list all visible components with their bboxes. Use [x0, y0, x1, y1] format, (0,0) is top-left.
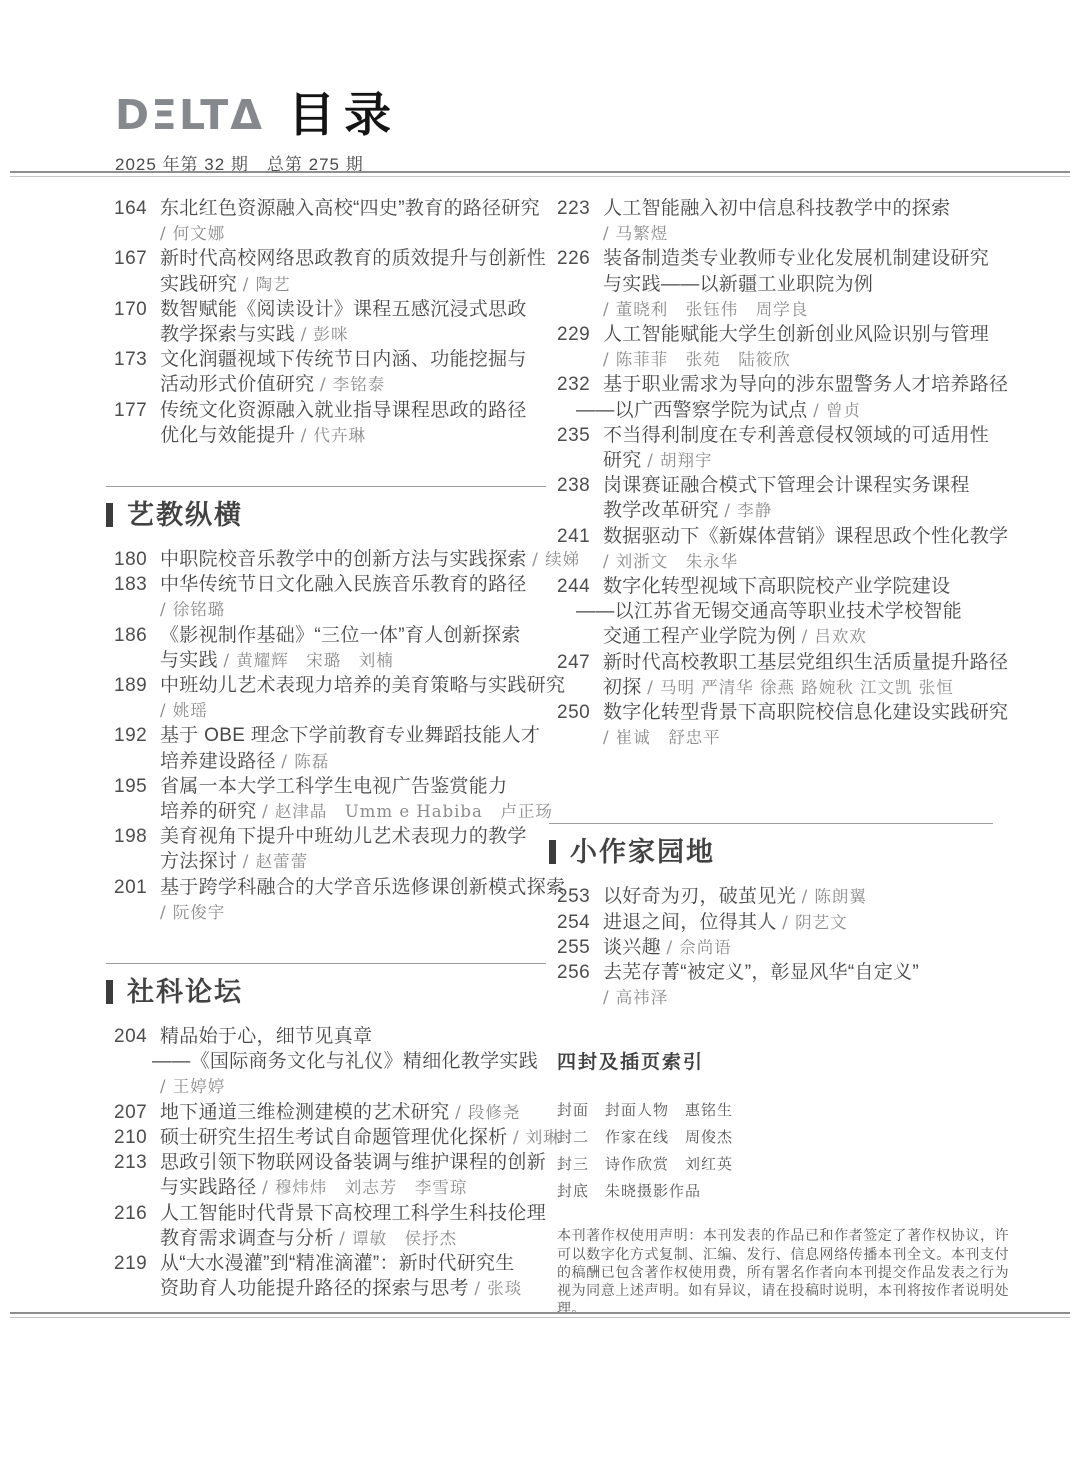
entry-line: 思政引领下物联网设备装调与维护课程的创新	[160, 1150, 546, 1175]
entry-line: ——以江苏省无锡交通高等职业技术学校智能	[576, 599, 993, 624]
delta-logo: DΞLTΔ	[115, 95, 264, 136]
entry-page-number: 195	[114, 774, 160, 799]
entry-title-text: 数智赋能《阅读设计》课程五感沉浸式思政	[160, 299, 527, 320]
entry-line: 教育需求调查与分析 / 谭敏 侯抒杰	[160, 1226, 546, 1251]
entry-authors: / 穆炜炜 刘志芳 李雪琼	[262, 1178, 467, 1197]
entry-title-text: 基于职业需求为导向的涉东盟警务人才培养路径	[603, 374, 1008, 395]
entry-lines: 数据驱动下《新媒体营销》课程思政个性化教学/ 刘浙文 朱永华	[603, 524, 993, 574]
entry-line: 谈兴趣 / 佘尚语	[603, 935, 993, 960]
toc-entry: 210硕士研究生招生考试自命题管理优化探析 / 刘琳	[114, 1125, 546, 1150]
entry-page-number: 167	[114, 246, 160, 271]
entry-authors: / 胡翔宇	[647, 451, 712, 470]
entry-authors: / 彭咪	[301, 325, 349, 344]
entry-authors: / 马明 严清华 徐燕 路婉秋 江文凯 张恒	[647, 678, 954, 697]
entry-title-text: ——《国际商务文化与礼仪》精细化教学实践	[152, 1051, 538, 1072]
entry-line: 培养建设路径 / 陈磊	[160, 749, 546, 774]
entry-line: 优化与效能提升 / 代卉琳	[160, 423, 546, 448]
entry-line: 精品始于心，细节见真章	[160, 1024, 546, 1049]
entry-page-number: 232	[557, 372, 603, 397]
entry-lines: 去芜存菁“被定义”，彰显风华“自定义”/ 高祎泽	[603, 960, 993, 1010]
entry-line: 中华传统节日文化融入民族音乐教育的路径	[160, 572, 546, 597]
entry-title-text: 不当得利制度在专利善意侵权领域的可适用性	[603, 425, 989, 446]
entry-lines: 新时代高校教职工基层党组织生活质量提升路径初探 / 马明 严清华 徐燕 路婉秋 …	[603, 650, 993, 700]
entry-line: 教学探索与实践 / 彭咪	[160, 322, 546, 347]
toc-section-continued: 223人工智能融入初中信息科技教学中的探索/ 马繁煜226装备制造类专业教师专业…	[557, 196, 993, 750]
entry-authors: / 陈菲菲 张苑 陆筱欣	[603, 350, 791, 369]
copyright-notice: 本刊著作权使用声明：本刊发表的作品已和作者签定了著作权协议，许可以数字化方式复制…	[557, 1227, 1009, 1318]
entry-page-number: 189	[114, 673, 160, 698]
toc-entry: 164东北红色资源融入高校“四史”教育的路径研究/ 何文娜	[114, 196, 546, 246]
entry-page-number: 247	[557, 650, 603, 675]
entry-title-text: 方法探讨	[160, 851, 243, 872]
entry-title-text: 基于 OBE 理念下学前教育专业舞蹈技能人才	[160, 725, 540, 746]
cover-index-item: 封底 朱晓摄影作品	[557, 1178, 993, 1205]
entry-lines: 不当得利制度在专利善意侵权领域的可适用性研究 / 胡翔宇	[603, 423, 993, 473]
entry-authors: / 佘尚语	[666, 938, 731, 957]
entry-title-text: 思政引领下物联网设备装调与维护课程的创新	[160, 1152, 546, 1173]
cover-index-item: 封三 诗作欣赏 刘红英	[557, 1151, 993, 1178]
entry-line: 方法探讨 / 赵蕾蕾	[160, 849, 546, 874]
entry-page-number: 210	[114, 1125, 160, 1150]
toc-entry: 177传统文化资源融入就业指导课程思政的路径优化与效能提升 / 代卉琳	[114, 398, 546, 448]
entry-authors: / 张琰	[474, 1279, 522, 1298]
toc-section: 小作家园地253以好奇为刃，破茧见光 / 陈朗翼254进退之间，位得其人 / 阴…	[557, 823, 993, 1010]
toc-entry: 198美育视角下提升中班幼儿艺术表现力的教学方法探讨 / 赵蕾蕾	[114, 824, 546, 874]
toc-entry: 241数据驱动下《新媒体营销》课程思政个性化教学/ 刘浙文 朱永华	[557, 524, 993, 574]
toc-entry: 186《影视制作基础》“三位一体”育人创新探索与实践 / 黄耀辉 宋璐 刘楠	[114, 623, 546, 673]
entry-line: 与实践 / 黄耀辉 宋璐 刘楠	[160, 648, 546, 673]
section-title-text: 社科论坛	[127, 977, 243, 1007]
entry-line: 与实践——以新疆工业职院为例	[603, 272, 993, 297]
entry-title-text: 《影视制作基础》“三位一体”育人创新探索	[160, 625, 521, 646]
entry-title-text: 进退之间，位得其人	[603, 912, 782, 933]
section-title: 艺教纵横	[106, 500, 546, 530]
entry-line: / 刘浙文 朱永华	[603, 549, 993, 574]
entry-authors: / 李静	[724, 501, 772, 520]
entry-line: / 高祎泽	[603, 985, 993, 1010]
toc-entry: 216人工智能时代背景下高校理工科学生科技伦理教育需求调查与分析 / 谭敏 侯抒…	[114, 1201, 546, 1251]
entry-title-text: ——以江苏省无锡交通高等职业技术学校智能	[576, 601, 962, 622]
entry-page-number: 250	[557, 700, 603, 725]
toc-entry: 213思政引领下物联网设备装调与维护课程的创新与实践路径 / 穆炜炜 刘志芳 李…	[114, 1150, 546, 1200]
entry-line: 中班幼儿艺术表现力培养的美育策略与实践研究	[160, 673, 546, 698]
entry-title-text: 去芜存菁“被定义”，彰显风华“自定义”	[603, 962, 919, 983]
entry-title-text: 人工智能融入初中信息科技教学中的探索	[603, 198, 950, 219]
entry-line: 资助育人功能提升路径的探索与思考 / 张琰	[160, 1276, 546, 1301]
toc-entry: 256去芜存菁“被定义”，彰显风华“自定义”/ 高祎泽	[557, 960, 993, 1010]
entry-lines: 人工智能时代背景下高校理工科学生科技伦理教育需求调查与分析 / 谭敏 侯抒杰	[160, 1201, 546, 1251]
entry-title-text: 教学改革研究	[603, 500, 724, 521]
entry-lines: 基于跨学科融合的大学音乐选修课创新模式探索/ 阮俊宇	[160, 875, 546, 925]
toc-entry: 223人工智能融入初中信息科技教学中的探索/ 马繁煜	[557, 196, 993, 246]
toc-section-continued: 164东北红色资源融入高校“四史”教育的路径研究/ 何文娜167新时代高校网络思…	[114, 196, 546, 448]
entry-authors: / 马繁煜	[603, 224, 668, 243]
entry-line: / 姚瑶	[160, 698, 546, 723]
entry-line: 基于职业需求为导向的涉东盟警务人才培养路径	[603, 372, 993, 397]
entry-line: / 何文娜	[160, 221, 546, 246]
entry-lines: 以好奇为刃，破茧见光 / 陈朗翼	[603, 884, 993, 909]
entry-page-number: 253	[557, 884, 603, 909]
entry-line: 岗课赛证融合模式下管理会计课程实务课程	[603, 473, 993, 498]
bottom-divider	[10, 1312, 1070, 1318]
entry-authors: / 陈朗翼	[802, 887, 867, 906]
entry-title-text: 岗课赛证融合模式下管理会计课程实务课程	[603, 475, 970, 496]
entry-title-text: 精品始于心，细节见真章	[160, 1026, 372, 1047]
entry-lines: 省属一本大学工科学生电视广告鉴赏能力培养的研究 / 赵津晶 Umm e Habi…	[160, 774, 546, 824]
entry-page-number: 255	[557, 935, 603, 960]
toc-entry: 201基于跨学科融合的大学音乐选修课创新模式探索/ 阮俊宇	[114, 875, 546, 925]
entry-line: / 徐铭璐	[160, 597, 546, 622]
entry-authors: / 高祎泽	[603, 988, 668, 1007]
entry-page-number: 201	[114, 875, 160, 900]
entry-page-number: 254	[557, 910, 603, 935]
entry-title-text: 以好奇为刃，破茧见光	[603, 886, 802, 907]
entry-lines: 《影视制作基础》“三位一体”育人创新探索与实践 / 黄耀辉 宋璐 刘楠	[160, 623, 546, 673]
entry-line: 地下通道三维检测建模的艺术研究 / 段修尧	[160, 1100, 546, 1125]
entry-line: 人工智能融入初中信息科技教学中的探索	[603, 196, 993, 221]
entry-authors: / 何文娜	[160, 224, 225, 243]
entry-line: 数智赋能《阅读设计》课程五感沉浸式思政	[160, 297, 546, 322]
toc-entry: 195省属一本大学工科学生电视广告鉴赏能力培养的研究 / 赵津晶 Umm e H…	[114, 774, 546, 824]
entry-lines: 新时代高校网络思政教育的质效提升与创新性实践研究 / 陶艺	[160, 246, 546, 296]
section-divider	[106, 486, 546, 487]
entry-line: / 马繁煜	[603, 221, 993, 246]
entry-authors: / 崔诚 舒忠平	[603, 728, 721, 747]
entry-line: 研究 / 胡翔宇	[603, 448, 993, 473]
entry-line: 去芜存菁“被定义”，彰显风华“自定义”	[603, 960, 993, 985]
entry-title-text: 培养建设路径	[160, 751, 281, 772]
entry-authors: / 董晓利 张钰伟 周学良	[603, 300, 808, 319]
entry-title-text: 传统文化资源融入就业指导课程思政的路径	[160, 400, 527, 421]
entry-lines: 中班幼儿艺术表现力培养的美育策略与实践研究/ 姚瑶	[160, 673, 546, 723]
entry-title-text: 交通工程产业学院为例	[603, 626, 802, 647]
entry-title-text: 新时代高校教职工基层党组织生活质量提升路径	[603, 652, 1008, 673]
entry-line: 与实践路径 / 穆炜炜 刘志芳 李雪琼	[160, 1175, 546, 1200]
entry-lines: 从“大水漫灌”到“精准滴灌”：新时代研究生资助育人功能提升路径的探索与思考 / …	[160, 1251, 546, 1301]
toc-entry: 219从“大水漫灌”到“精准滴灌”：新时代研究生资助育人功能提升路径的探索与思考…	[114, 1251, 546, 1301]
entry-title-text: 教学探索与实践	[160, 324, 301, 345]
entry-lines: 装备制造类专业教师专业化发展机制建设研究与实践——以新疆工业职院为例/ 董晓利 …	[603, 246, 993, 322]
entry-line: 新时代高校网络思政教育的质效提升与创新性	[160, 246, 546, 271]
top-divider	[10, 171, 1070, 177]
toc-section: 社科论坛204精品始于心，细节见真章——《国际商务文化与礼仪》精细化教学实践/ …	[114, 963, 546, 1301]
entry-line: / 董晓利 张钰伟 周学良	[603, 297, 993, 322]
page-title: 目录	[288, 92, 400, 139]
entry-title-text: 与实践路径	[160, 1177, 262, 1198]
entry-title-text: 中职院校音乐教学中的创新方法与实践探索	[160, 549, 532, 570]
entry-line: ——以广西警察学院为试点 / 曾贞	[576, 398, 993, 423]
section-title-text: 艺教纵横	[127, 500, 243, 530]
entry-line: 基于跨学科融合的大学音乐选修课创新模式探索	[160, 875, 546, 900]
entry-line: 以好奇为刃，破茧见光 / 陈朗翼	[603, 884, 993, 909]
toc-column-left: 164东北红色资源融入高校“四史”教育的路径研究/ 何文娜167新时代高校网络思…	[114, 196, 546, 1301]
entry-lines: 文化润疆视域下传统节日内涵、功能挖掘与活动形式价值研究 / 李铭泰	[160, 347, 546, 397]
toc-entry: 192基于 OBE 理念下学前教育专业舞蹈技能人才培养建设路径 / 陈磊	[114, 723, 546, 773]
entry-page-number: 256	[557, 960, 603, 985]
entry-authors: / 王婷婷	[160, 1077, 225, 1096]
entry-authors: / 刘浙文 朱永华	[603, 552, 738, 571]
entry-title-text: 装备制造类专业教师专业化发展机制建设研究	[603, 248, 989, 269]
entry-line: 交通工程产业学院为例 / 吕欢欢	[603, 624, 993, 649]
entry-lines: 东北红色资源融入高校“四史”教育的路径研究/ 何文娜	[160, 196, 546, 246]
entry-line: 传统文化资源融入就业指导课程思政的路径	[160, 398, 546, 423]
entry-lines: 精品始于心，细节见真章——《国际商务文化与礼仪》精细化教学实践/ 王婷婷	[160, 1024, 546, 1100]
section-title: 社科论坛	[106, 977, 546, 1007]
toc-entry: 244数字化转型视域下高职院校产业学院建设——以江苏省无锡交通高等职业技术学校智…	[557, 574, 993, 650]
entry-lines: 人工智能融入初中信息科技教学中的探索/ 马繁煜	[603, 196, 993, 246]
toc-page: DΞLTΔ 目录 2025 年第 32 期 总第 275 期 164东北红色资源…	[0, 0, 1080, 1460]
entry-authors: / 徐铭璐	[160, 600, 225, 619]
entry-line: 进退之间，位得其人 / 阴艺文	[603, 910, 993, 935]
entry-line: 初探 / 马明 严清华 徐燕 路婉秋 江文凯 张恒	[603, 675, 993, 700]
entry-lines: 基于职业需求为导向的涉东盟警务人才培养路径——以广西警察学院为试点 / 曾贞	[603, 372, 993, 422]
entry-line: 新时代高校教职工基层党组织生活质量提升路径	[603, 650, 993, 675]
entry-lines: 基于 OBE 理念下学前教育专业舞蹈技能人才培养建设路径 / 陈磊	[160, 723, 546, 773]
toc-entry: 167新时代高校网络思政教育的质效提升与创新性实践研究 / 陶艺	[114, 246, 546, 296]
entry-title-text: 省属一本大学工科学生电视广告鉴赏能力	[160, 776, 507, 797]
entry-lines: 岗课赛证融合模式下管理会计课程实务课程教学改革研究 / 李静	[603, 473, 993, 523]
toc-entry: 170数智赋能《阅读设计》课程五感沉浸式思政教学探索与实践 / 彭咪	[114, 297, 546, 347]
entry-line: 人工智能时代背景下高校理工科学生科技伦理	[160, 1201, 546, 1226]
section-divider	[549, 823, 993, 824]
entry-title-text: 活动形式价值研究	[160, 374, 320, 395]
entry-line: 活动形式价值研究 / 李铭泰	[160, 372, 546, 397]
entry-line: 美育视角下提升中班幼儿艺术表现力的教学	[160, 824, 546, 849]
entry-page-number: 186	[114, 623, 160, 648]
entry-lines: 数智赋能《阅读设计》课程五感沉浸式思政教学探索与实践 / 彭咪	[160, 297, 546, 347]
entry-page-number: 207	[114, 1100, 160, 1125]
entry-title-text: 数字化转型视域下高职院校产业学院建设	[603, 576, 950, 597]
entry-line: 中职院校音乐教学中的创新方法与实践探索 / 续娣	[160, 547, 546, 572]
entry-authors: / 姚瑶	[160, 701, 208, 720]
section-bar-icon	[106, 503, 113, 527]
section-title: 小作家园地	[549, 837, 993, 867]
entry-line: 实践研究 / 陶艺	[160, 272, 546, 297]
entry-title-text: 数据驱动下《新媒体营销》课程思政个性化教学	[603, 526, 1008, 547]
entry-title-text: ——以广西警察学院为试点	[576, 400, 813, 421]
entry-title-text: 优化与效能提升	[160, 425, 301, 446]
entry-line: 数据驱动下《新媒体营销》课程思政个性化教学	[603, 524, 993, 549]
entry-lines: 传统文化资源融入就业指导课程思政的路径优化与效能提升 / 代卉琳	[160, 398, 546, 448]
cover-index-items: 封面 封面人物 惠铭生封二 作家在线 周俊杰封三 诗作欣赏 刘红英封底 朱晓摄影…	[557, 1097, 993, 1205]
toc-entry: 189中班幼儿艺术表现力培养的美育策略与实践研究/ 姚瑶	[114, 673, 546, 723]
entry-page-number: 177	[114, 398, 160, 423]
entry-title-text: 教育需求调查与分析	[160, 1228, 339, 1249]
entry-authors: / 阴艺文	[782, 913, 847, 932]
entry-page-number: 213	[114, 1150, 160, 1175]
toc-entry: 253以好奇为刃，破茧见光 / 陈朗翼	[557, 884, 993, 909]
entry-authors: / 刘琳	[513, 1128, 561, 1147]
section-divider	[106, 963, 546, 964]
entry-title-text: 硕士研究生招生考试自命题管理优化探析	[160, 1127, 513, 1148]
entry-page-number: 226	[557, 246, 603, 271]
entry-lines: 人工智能赋能大学生创新创业风险识别与管理/ 陈菲菲 张苑 陆筱欣	[603, 322, 993, 372]
entry-line: 培养的研究 / 赵津晶 Umm e Habiba 卢正玚	[160, 799, 546, 824]
toc-entry: 204精品始于心，细节见真章——《国际商务文化与礼仪》精细化教学实践/ 王婷婷	[114, 1024, 546, 1100]
entry-title-text: 与实践	[160, 650, 223, 671]
entry-line: 不当得利制度在专利善意侵权领域的可适用性	[603, 423, 993, 448]
entry-authors: / 李铭泰	[320, 375, 385, 394]
toc-section: 艺教纵横180中职院校音乐教学中的创新方法与实践探索 / 续娣183中华传统节日…	[114, 486, 546, 925]
entry-page-number: 180	[114, 547, 160, 572]
toc-column-right: 223人工智能融入初中信息科技教学中的探索/ 马繁煜226装备制造类专业教师专业…	[557, 196, 993, 1319]
entry-page-number: 219	[114, 1251, 160, 1276]
toc-entry: 247新时代高校教职工基层党组织生活质量提升路径初探 / 马明 严清华 徐燕 路…	[557, 650, 993, 700]
entry-title-text: 中华传统节日文化融入民族音乐教育的路径	[160, 574, 527, 595]
entry-line: 硕士研究生招生考试自命题管理优化探析 / 刘琳	[160, 1125, 546, 1150]
entry-title-text: 数字化转型背景下高职院校信息化建设实践研究	[603, 702, 1008, 723]
entry-page-number: 244	[557, 574, 603, 599]
toc-entry: 232基于职业需求为导向的涉东盟警务人才培养路径——以广西警察学院为试点 / 曾…	[557, 372, 993, 422]
entry-title-text: 美育视角下提升中班幼儿艺术表现力的教学	[160, 826, 527, 847]
entry-line: 文化润疆视域下传统节日内涵、功能挖掘与	[160, 347, 546, 372]
toc-entry: 250数字化转型背景下高职院校信息化建设实践研究/ 崔诚 舒忠平	[557, 700, 993, 750]
entry-lines: 数字化转型视域下高职院校产业学院建设——以江苏省无锡交通高等职业技术学校智能交通…	[603, 574, 993, 650]
entry-authors: / 吕欢欢	[802, 627, 867, 646]
entry-lines: 谈兴趣 / 佘尚语	[603, 935, 993, 960]
entry-title-text: 实践研究	[160, 274, 243, 295]
entry-page-number: 235	[557, 423, 603, 448]
entry-page-number: 183	[114, 572, 160, 597]
entry-page-number: 229	[557, 322, 603, 347]
entry-page-number: 173	[114, 347, 160, 372]
entry-line: / 阮俊宇	[160, 900, 546, 925]
entry-page-number: 192	[114, 723, 160, 748]
entry-authors: / 阮俊宇	[160, 903, 225, 922]
entry-title-text: 从“大水漫灌”到“精准滴灌”：新时代研究生	[160, 1253, 515, 1274]
entry-lines: 地下通道三维检测建模的艺术研究 / 段修尧	[160, 1100, 546, 1125]
entry-line: 东北红色资源融入高校“四史”教育的路径研究	[160, 196, 546, 221]
entry-page-number: 164	[114, 196, 160, 221]
entry-line: 基于 OBE 理念下学前教育专业舞蹈技能人才	[160, 723, 546, 748]
entry-lines: 思政引领下物联网设备装调与维护课程的创新与实践路径 / 穆炜炜 刘志芳 李雪琼	[160, 1150, 546, 1200]
entry-authors: / 代卉琳	[301, 426, 366, 445]
entry-line: 数字化转型视域下高职院校产业学院建设	[603, 574, 993, 599]
entry-authors: / 陶艺	[243, 275, 291, 294]
toc-entry: 173文化润疆视域下传统节日内涵、功能挖掘与活动形式价值研究 / 李铭泰	[114, 347, 546, 397]
toc-entry: 235不当得利制度在专利善意侵权领域的可适用性研究 / 胡翔宇	[557, 423, 993, 473]
entry-page-number: 238	[557, 473, 603, 498]
entry-lines: 数字化转型背景下高职院校信息化建设实践研究/ 崔诚 舒忠平	[603, 700, 993, 750]
cover-index-item: 封二 作家在线 周俊杰	[557, 1124, 993, 1151]
toc-entry: 255谈兴趣 / 佘尚语	[557, 935, 993, 960]
entry-page-number: 170	[114, 297, 160, 322]
entry-line: 数字化转型背景下高职院校信息化建设实践研究	[603, 700, 993, 725]
entry-line: 教学改革研究 / 李静	[603, 498, 993, 523]
journal-header: DΞLTΔ 目录 2025 年第 32 期 总第 275 期	[115, 92, 400, 175]
entry-line: / 王婷婷	[160, 1074, 546, 1099]
entry-authors: / 谭敏 侯抒杰	[339, 1229, 457, 1248]
entry-line: 省属一本大学工科学生电视广告鉴赏能力	[160, 774, 546, 799]
entry-line: 人工智能赋能大学生创新创业风险识别与管理	[603, 322, 993, 347]
section-bar-icon	[106, 980, 113, 1004]
toc-entry: 183中华传统节日文化融入民族音乐教育的路径/ 徐铭璐	[114, 572, 546, 622]
entry-page-number: 204	[114, 1024, 160, 1049]
entry-line: / 崔诚 舒忠平	[603, 725, 993, 750]
entry-title-text: 新时代高校网络思政教育的质效提升与创新性	[160, 248, 546, 269]
entry-lines: 中华传统节日文化融入民族音乐教育的路径/ 徐铭璐	[160, 572, 546, 622]
entry-lines: 硕士研究生招生考试自命题管理优化探析 / 刘琳	[160, 1125, 546, 1150]
entry-authors: / 赵津晶 Umm e Habiba 卢正玚	[262, 802, 553, 821]
entry-lines: 美育视角下提升中班幼儿艺术表现力的教学方法探讨 / 赵蕾蕾	[160, 824, 546, 874]
entry-title-text: 与实践——以新疆工业职院为例	[603, 274, 873, 295]
entry-title-text: 初探	[603, 677, 647, 698]
toc-entry: 226装备制造类专业教师专业化发展机制建设研究与实践——以新疆工业职院为例/ 董…	[557, 246, 993, 322]
entry-authors: / 赵蕾蕾	[243, 852, 308, 871]
entry-lines: 中职院校音乐教学中的创新方法与实践探索 / 续娣	[160, 547, 546, 572]
entry-authors: / 段修尧	[455, 1103, 520, 1122]
toc-entry: 229人工智能赋能大学生创新创业风险识别与管理/ 陈菲菲 张苑 陆筱欣	[557, 322, 993, 372]
entry-title-text: 研究	[603, 450, 647, 471]
entry-title-text: 基于跨学科融合的大学音乐选修课创新模式探索	[160, 877, 565, 898]
cover-index: 四封及插页索引封面 封面人物 惠铭生封二 作家在线 周俊杰封三 诗作欣赏 刘红英…	[557, 1050, 993, 1205]
entry-authors: / 黄耀辉 宋璐 刘楠	[223, 651, 393, 670]
entry-authors: / 曾贞	[813, 401, 861, 420]
entry-line: 装备制造类专业教师专业化发展机制建设研究	[603, 246, 993, 271]
section-title-text: 小作家园地	[570, 837, 715, 867]
entry-line: 从“大水漫灌”到“精准滴灌”：新时代研究生	[160, 1251, 546, 1276]
entry-line: / 陈菲菲 张苑 陆筱欣	[603, 347, 993, 372]
entry-page-number: 216	[114, 1201, 160, 1226]
section-bar-icon	[549, 840, 556, 864]
entry-title-text: 地下通道三维检测建模的艺术研究	[160, 1102, 455, 1123]
entry-line: ——《国际商务文化与礼仪》精细化教学实践	[152, 1049, 546, 1074]
entry-title-text: 谈兴趣	[603, 937, 666, 958]
toc-entry: 180中职院校音乐教学中的创新方法与实践探索 / 续娣	[114, 547, 546, 572]
entry-title-text: 东北红色资源融入高校“四史”教育的路径研究	[160, 198, 540, 219]
entry-page-number: 223	[557, 196, 603, 221]
entry-authors: / 陈磊	[281, 752, 329, 771]
cover-index-title: 四封及插页索引	[557, 1050, 993, 1074]
entry-title-text: 培养的研究	[160, 801, 262, 822]
entry-page-number: 241	[557, 524, 603, 549]
entry-title-text: 人工智能赋能大学生创新创业风险识别与管理	[603, 324, 989, 345]
entry-title-text: 人工智能时代背景下高校理工科学生科技伦理	[160, 1203, 546, 1224]
toc-entry: 207地下通道三维检测建模的艺术研究 / 段修尧	[114, 1100, 546, 1125]
entry-lines: 进退之间，位得其人 / 阴艺文	[603, 910, 993, 935]
entry-page-number: 198	[114, 824, 160, 849]
cover-index-item: 封面 封面人物 惠铭生	[557, 1097, 993, 1124]
toc-entry: 254进退之间，位得其人 / 阴艺文	[557, 910, 993, 935]
entry-line: 《影视制作基础》“三位一体”育人创新探索	[160, 623, 546, 648]
toc-entry: 238岗课赛证融合模式下管理会计课程实务课程教学改革研究 / 李静	[557, 473, 993, 523]
entry-title-text: 中班幼儿艺术表现力培养的美育策略与实践研究	[160, 675, 565, 696]
entry-title-text: 资助育人功能提升路径的探索与思考	[160, 1278, 474, 1299]
entry-title-text: 文化润疆视域下传统节日内涵、功能挖掘与	[160, 349, 527, 370]
